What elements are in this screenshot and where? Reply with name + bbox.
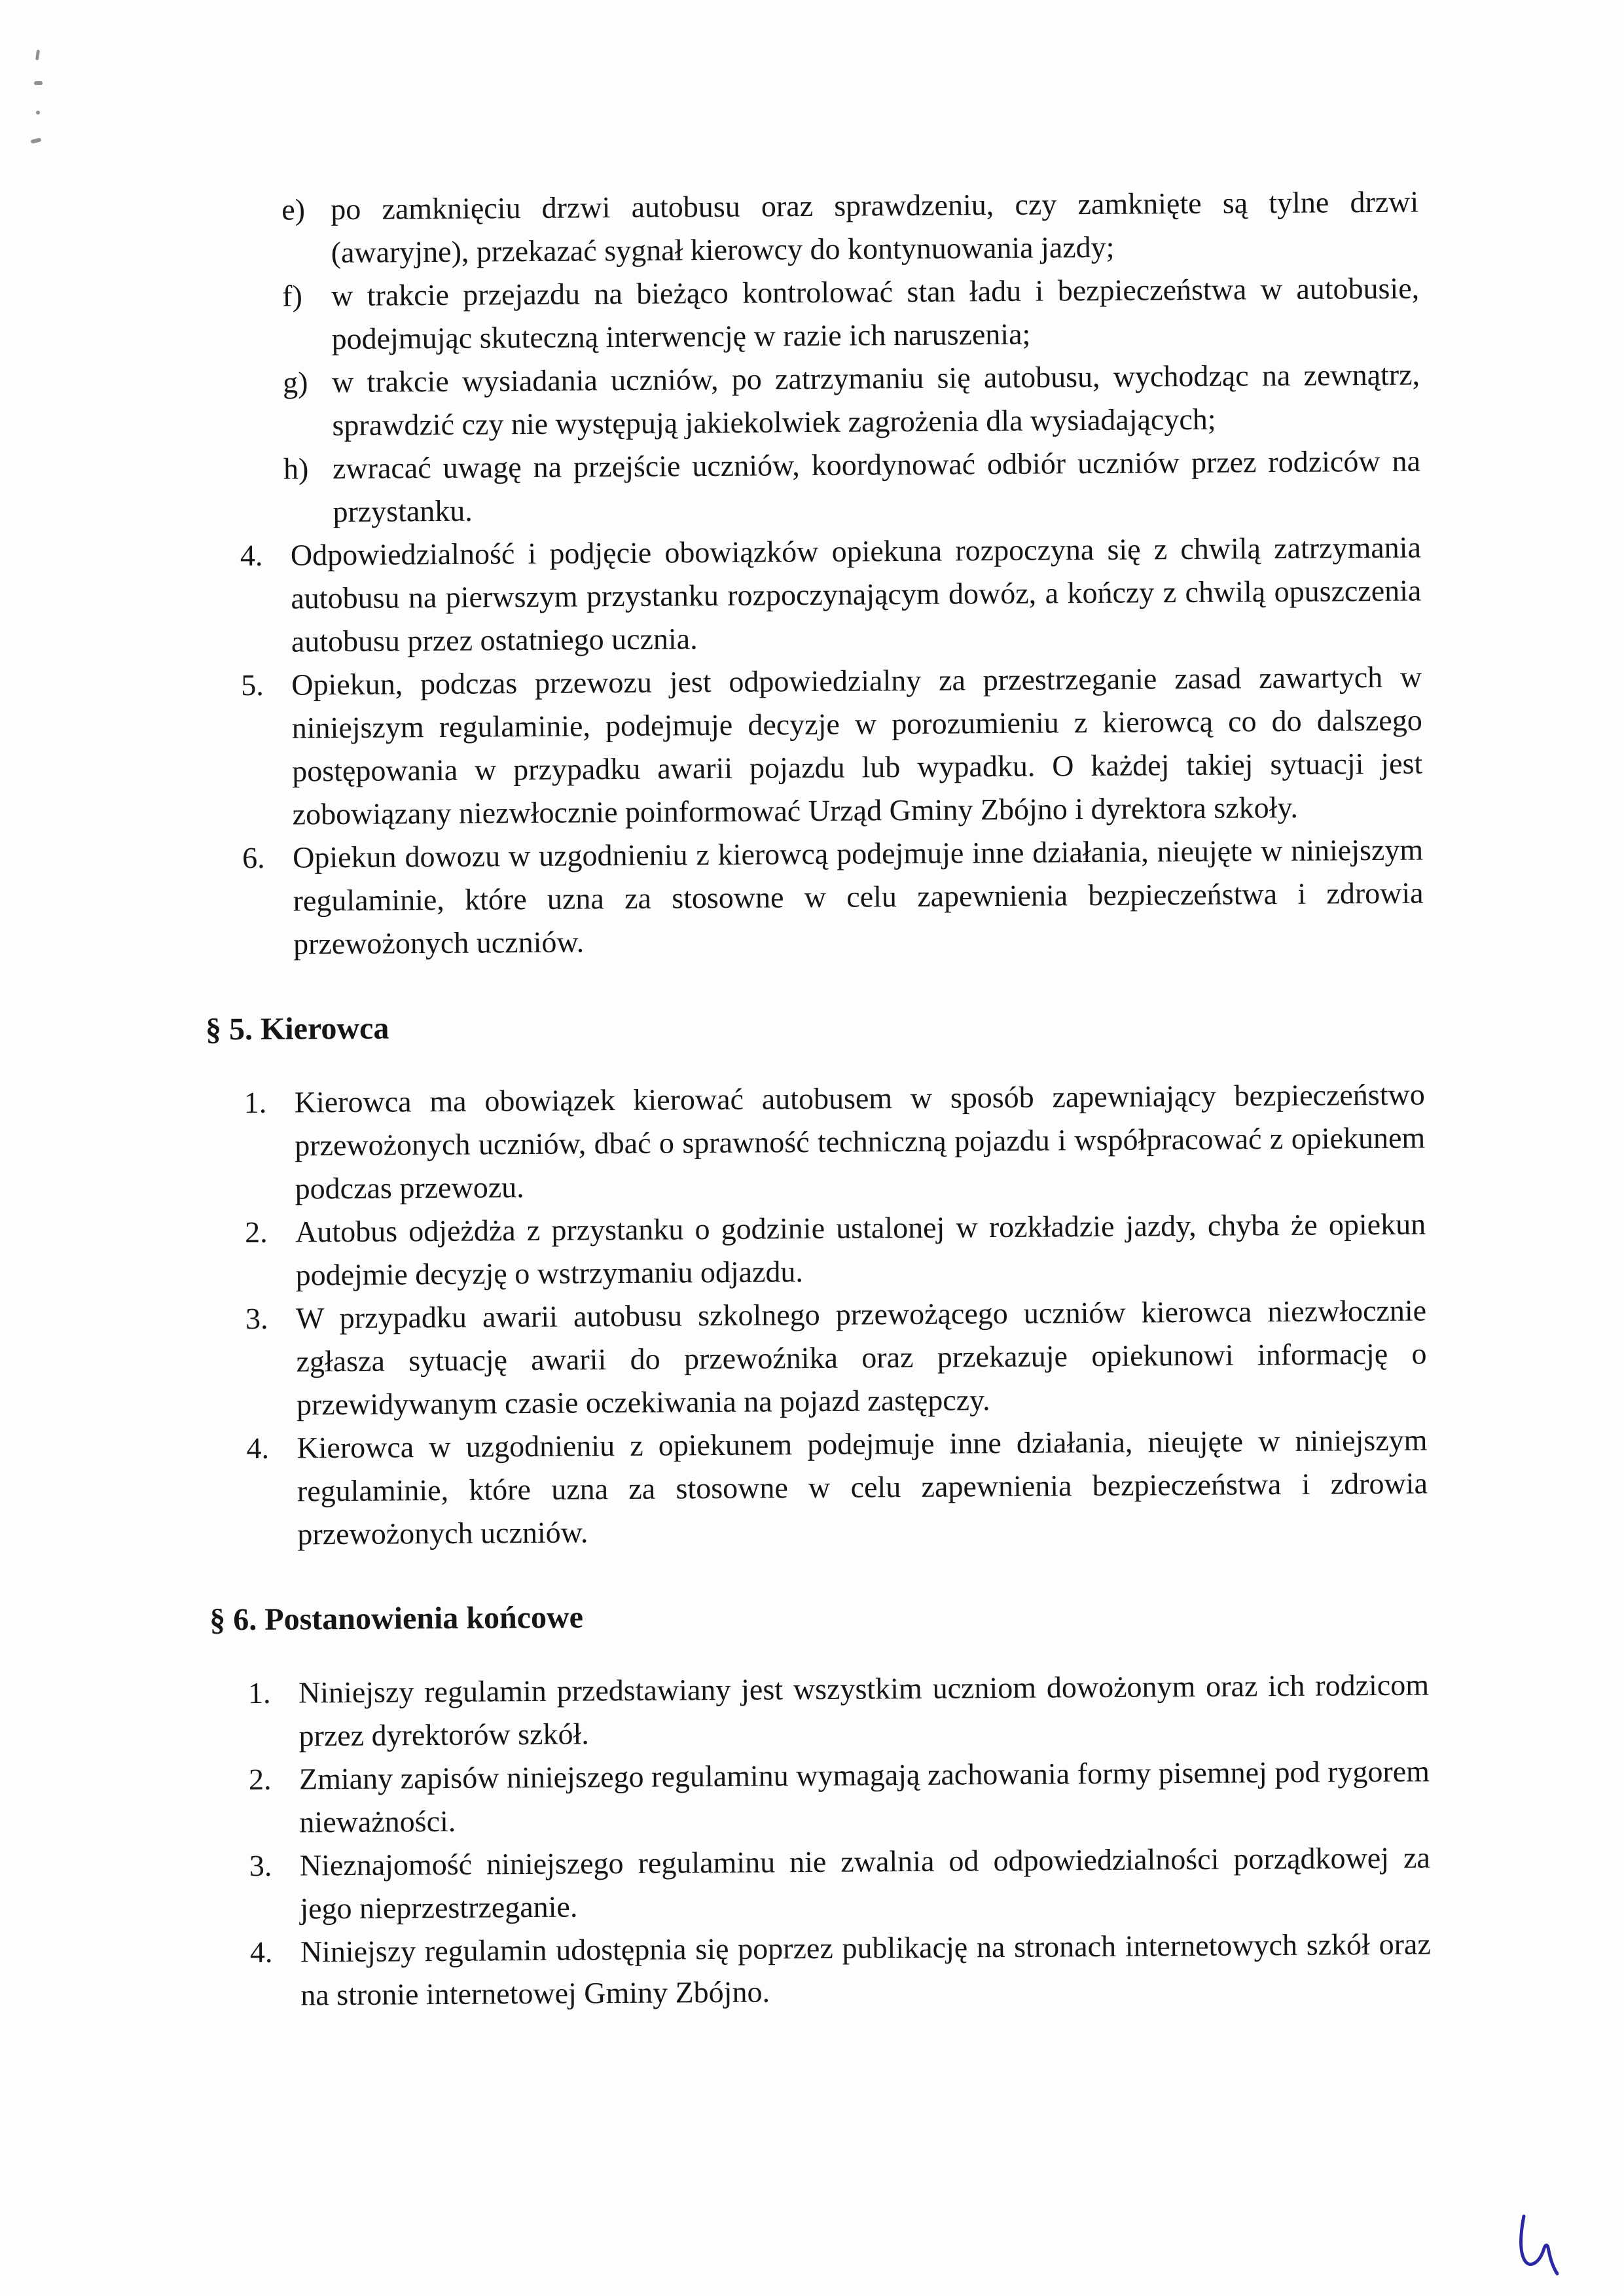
scan-speck: [36, 111, 40, 115]
item-text: Kierowca ma obowiązek kierować autobusem…: [295, 1073, 1426, 1210]
list-item-2: 2. Autobus odjeżdża z przystanku o godzi…: [245, 1202, 1426, 1297]
item-marker: 2.: [245, 1211, 295, 1255]
item-marker: f): [282, 274, 331, 318]
item-text: Nieznajomość niniejszego regulaminu nie …: [300, 1836, 1431, 1930]
list-item-4: 4. Niniejszy regulamin udostępnia się po…: [250, 1922, 1432, 2017]
item-text: Opiekun, podczas przewozu jest odpowiedz…: [291, 656, 1423, 836]
item-text: w trakcie wysiadania uczniów, po zatrzym…: [332, 353, 1420, 448]
list-item-2: 2. Zmiany zapisów niniejszego regulaminu…: [249, 1749, 1430, 1844]
list-item-g: g) w trakcie wysiadania uczniów, po zatr…: [283, 353, 1420, 448]
list-item-e: e) po zamknięciu drzwi autobusu oraz spr…: [281, 181, 1419, 275]
document-content: e) po zamknięciu drzwi autobusu oraz spr…: [0, 179, 1624, 2018]
item-marker: 1.: [244, 1081, 295, 1125]
item-text: w trakcie przejazdu na bieżąco kontrolow…: [331, 267, 1420, 361]
list-item-4: 4. Kierowca w uzgodnieniu z opiekunem po…: [246, 1418, 1428, 1556]
section-5-heading: § 5. Kierowca: [206, 998, 1624, 1051]
item-marker: h): [283, 447, 333, 491]
item-text: Zmiany zapisów niniejszego regulaminu wy…: [299, 1749, 1430, 1844]
item-marker: 2.: [249, 1758, 299, 1802]
item-text: Opiekun dowozu w uzgodnieniu z kierowcą …: [293, 829, 1424, 966]
list-item-f: f) w trakcie przejazdu na bieżąco kontro…: [282, 267, 1420, 361]
scan-speck: [34, 81, 43, 85]
scan-speck: [31, 137, 42, 144]
item-text: Niniejszy regulamin przedstawiany jest w…: [298, 1663, 1430, 1757]
item-marker: 3.: [249, 1844, 300, 1888]
item-text: Kierowca w uzgodnieniu z opiekunem podej…: [297, 1418, 1428, 1556]
item-text: po zamknięciu drzwi autobusu oraz sprawd…: [331, 181, 1419, 275]
item-text: zwracać uwagę na przejście uczniów, koor…: [333, 440, 1421, 534]
numbered-list-postanowienia: 1. Niniejszy regulamin przedstawiany jes…: [248, 1663, 1432, 2017]
item-marker: e): [281, 188, 331, 232]
item-marker: g): [283, 361, 332, 404]
handwritten-initial-mark: [1513, 2212, 1566, 2283]
list-item-1: 1. Kierowca ma obowiązek kierować autobu…: [244, 1073, 1426, 1211]
item-text: Odpowiedzialność i podjęcie obowiązków o…: [291, 526, 1422, 664]
list-item-3: 3. W przypadku awarii autobusu szkolnego…: [245, 1289, 1427, 1427]
item-marker: 4.: [240, 534, 291, 578]
item-text: W przypadku awarii autobusu szkolnego pr…: [296, 1289, 1427, 1426]
item-marker: 1.: [248, 1672, 298, 1715]
numbered-list-opiekun: 4. Odpowiedzialność i podjęcie obowiązkó…: [240, 526, 1424, 967]
item-text: Niniejszy regulamin udostępnia się poprz…: [300, 1922, 1432, 2017]
list-item-4: 4. Odpowiedzialność i podjęcie obowiązkó…: [240, 526, 1422, 664]
item-marker: 6.: [242, 836, 293, 880]
item-text: Autobus odjeżdża z przystanku o godzinie…: [295, 1202, 1426, 1297]
list-item-5: 5. Opiekun, podczas przewozu jest odpowi…: [241, 656, 1423, 837]
list-item-3: 3. Nieznajomość niniejszego regulaminu n…: [249, 1836, 1431, 1931]
lettered-list: e) po zamknięciu drzwi autobusu oraz spr…: [281, 181, 1421, 534]
item-marker: 3.: [245, 1297, 296, 1341]
item-marker: 4.: [246, 1427, 297, 1471]
scanned-document-page: e) po zamknięciu drzwi autobusu oraz spr…: [0, 0, 1624, 2296]
list-item-1: 1. Niniejszy regulamin przedstawiany jes…: [248, 1663, 1430, 1758]
scan-speck: [35, 50, 40, 61]
list-item-h: h) zwracać uwagę na przejście uczniów, k…: [283, 440, 1421, 534]
item-marker: 5.: [241, 664, 291, 708]
numbered-list-kierowca: 1. Kierowca ma obowiązek kierować autobu…: [244, 1073, 1428, 1556]
list-item-6: 6. Opiekun dowozu w uzgodnieniu z kierow…: [242, 829, 1424, 967]
section-6-heading: § 6. Postanowienia końcowe: [209, 1588, 1624, 1641]
item-marker: 4.: [250, 1931, 300, 1975]
